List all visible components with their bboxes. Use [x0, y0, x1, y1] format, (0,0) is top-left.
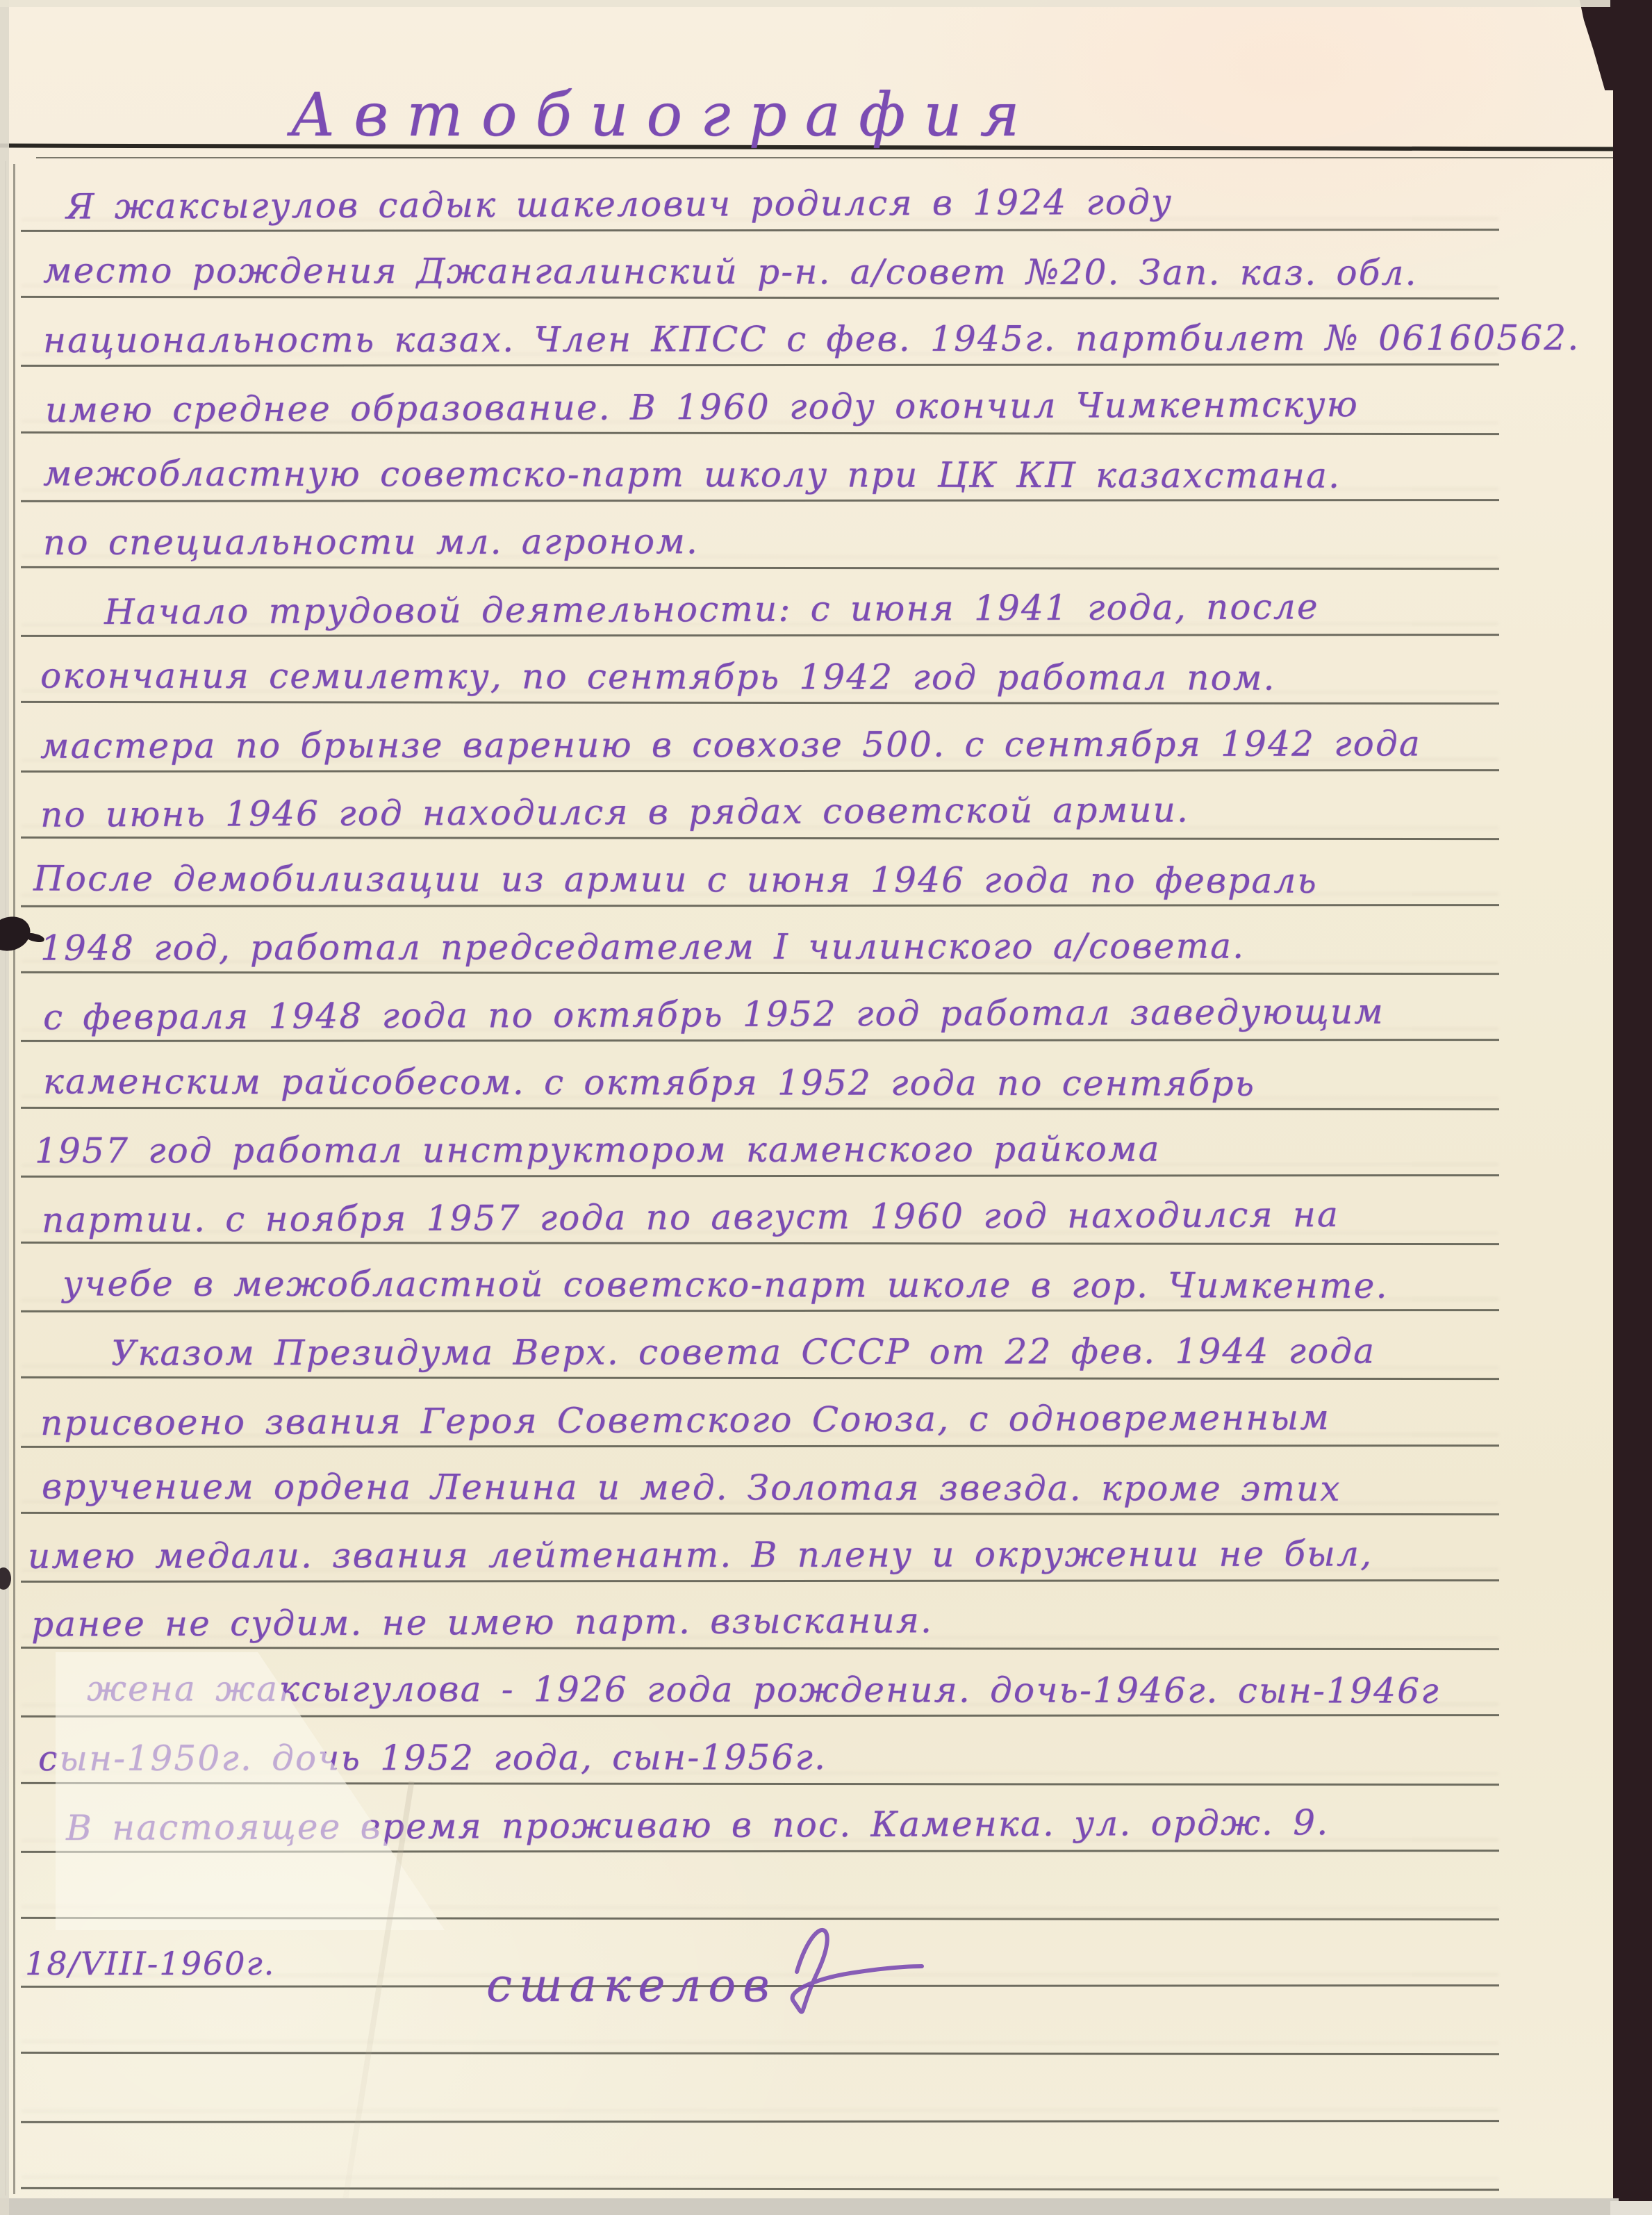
document-title: Автобиография — [290, 81, 1038, 150]
handwriting-line: 1957 год работал инструктором каменского… — [35, 1121, 1161, 1179]
handwriting-line: вручением ордена Ленина и мед. Золотая з… — [42, 1458, 1341, 1516]
handwriting-line: мастера по брынзе варению в совхозе 500.… — [40, 716, 1421, 773]
date-written: 18/VIII-1960г. — [25, 1938, 275, 1988]
handwriting-line: каменским райсобесом. с октября 1952 год… — [43, 1053, 1255, 1111]
signature-flourish — [776, 1923, 929, 2027]
signature-text: сшакелов — [486, 1959, 776, 2012]
handwriting-line: по специальности мл. агроном. — [43, 513, 699, 570]
scanned-document: Автобиография Я жаксыгулов садык шакелов… — [0, 0, 1652, 2215]
scanner-bed-corner — [1610, 2201, 1652, 2215]
handwriting-line: После демобилизации из армии с июня 1946… — [33, 850, 1318, 908]
handwriting-line: национальность казах. Член КПСС с фев. 1… — [43, 310, 1580, 368]
margin-line — [13, 164, 15, 2194]
header-rule-thin — [36, 157, 1621, 158]
handwriting-line: Указом Президума Верх. совета СССР от 22… — [111, 1323, 1376, 1381]
scanner-bed-strip-bottom — [0, 2198, 1619, 2215]
handwriting-line: межобластную советско-парт школу при ЦК … — [43, 445, 1341, 503]
handwriting-line: присвоено звания Героя Советского Союза,… — [40, 1390, 1330, 1451]
handwriting-line: 1948 год, работал председателем I чилинс… — [40, 918, 1245, 975]
handwriting-line: с февраля 1948 года по октябрь 1952 год … — [43, 984, 1385, 1045]
signature: сшакелов — [486, 1923, 929, 2027]
handwriting-line: Я жаксыгулов садык шакелович родился в 1… — [66, 174, 1173, 235]
handwriting-line: место рождения Джангалинский р-н. а/сове… — [43, 242, 1418, 300]
handwriting-line: ранее не судим. не имею парт. взыскания. — [31, 1592, 933, 1652]
scan-light-edge-top — [0, 0, 1610, 7]
handwriting-line: окончания семилетку, по сентябрь 1942 го… — [40, 648, 1276, 705]
handwriting-line: имею среднее образование. В 1960 году ок… — [45, 377, 1359, 438]
handwriting-line: партии. с ноября 1957 года по август 196… — [42, 1187, 1339, 1248]
handwriting-line: учебе в межобластной советско-парт школе… — [63, 1255, 1389, 1313]
handwriting-line: по июнь 1946 год находился в рядах совет… — [40, 782, 1189, 842]
handwriting-line: Начало трудовой деятельности: с июня 194… — [104, 579, 1319, 640]
handwriting-line: имею медали. звания лейтенант. В плену и… — [28, 1526, 1373, 1583]
scan-light-edge-left — [0, 0, 9, 2215]
scan-dark-edge-right — [1613, 0, 1652, 2201]
